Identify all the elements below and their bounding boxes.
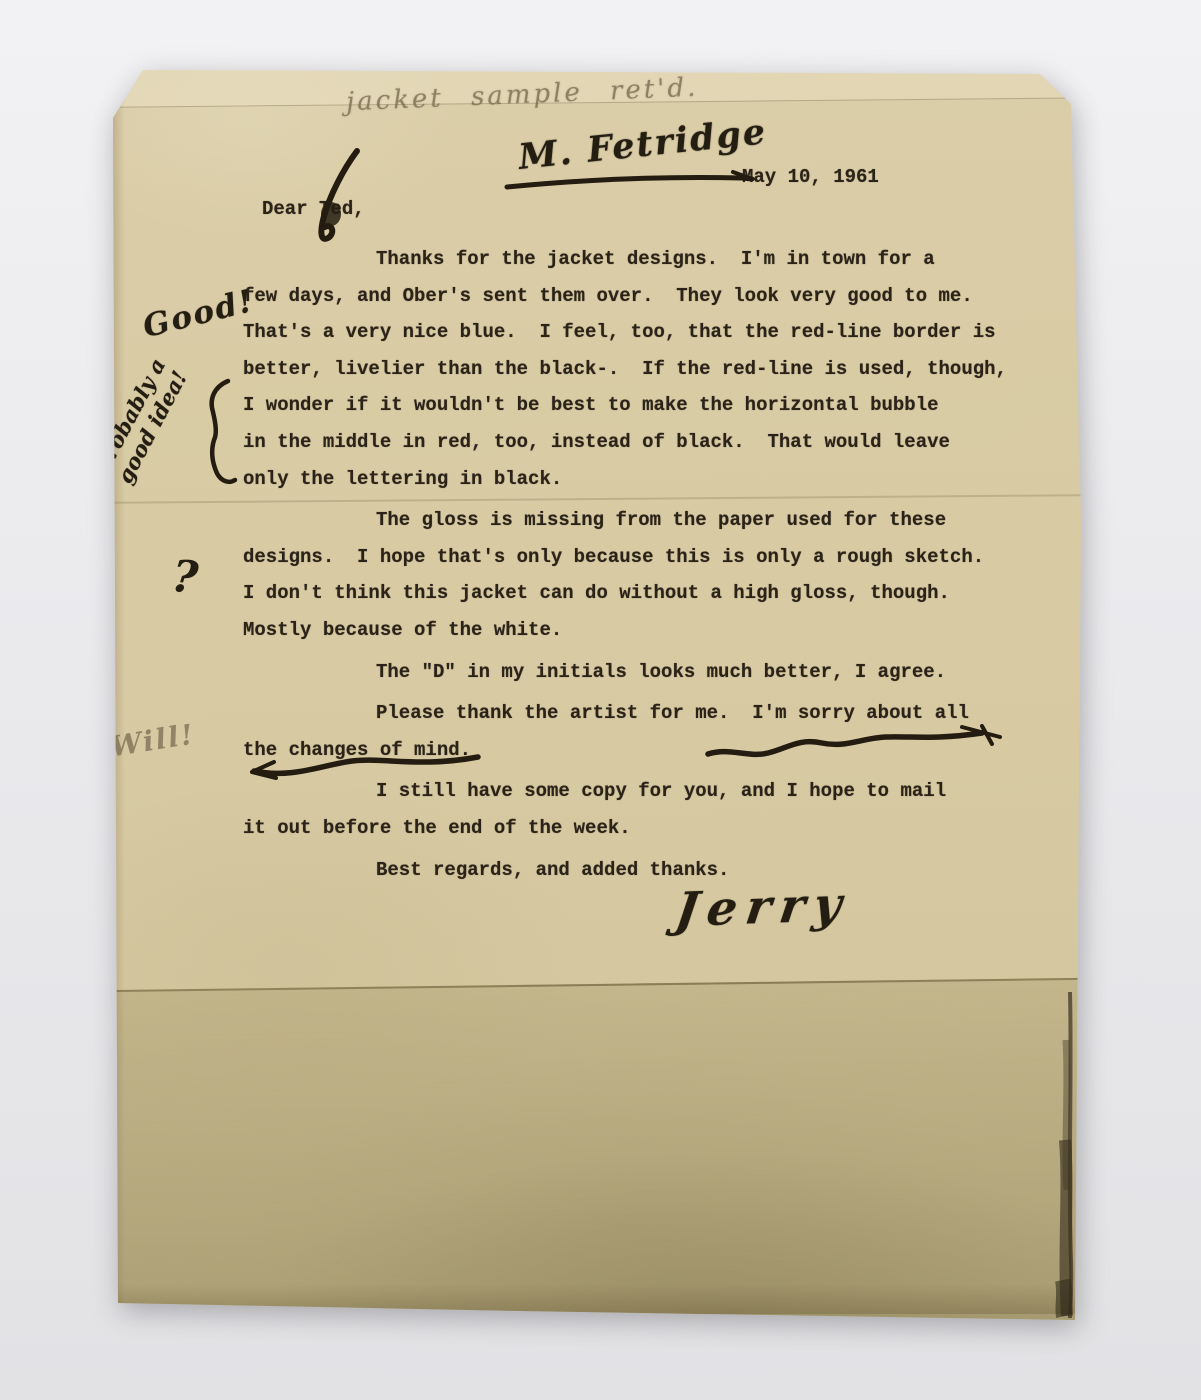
typed-line: That's a very nice blue. I feel, too, th… xyxy=(243,314,1063,351)
typed-line: the changes of mind. xyxy=(243,732,1063,769)
jerry-signature: Jerry xyxy=(672,877,854,938)
typed-line: better, livelier than the black-. If the… xyxy=(243,351,1063,388)
typed-line: Best regards, and added thanks. xyxy=(243,852,1063,889)
typed-line: Thanks for the jacket designs. I'm in to… xyxy=(243,241,1063,278)
typed-line: I don't think this jacket can do without… xyxy=(243,575,1063,612)
letter-body: Thanks for the jacket designs. I'm in to… xyxy=(243,241,1063,888)
brace-stroke xyxy=(212,381,235,482)
typed-line: few days, and Ober's sent them over. The… xyxy=(243,278,1063,315)
letter-paper: jacket sample ret'd. M. Fetridge May 10,… xyxy=(0,0,1201,1400)
typed-line: Please thank the artist for me. I'm sorr… xyxy=(243,695,1063,732)
letter-date: May 10, 1961 xyxy=(742,166,879,188)
underline-stroke xyxy=(507,177,752,187)
typed-line: The "D" in my initials looks much better… xyxy=(243,654,1063,691)
typed-line: it out before the end of the week. xyxy=(243,810,1063,847)
paper-left-edge-shading xyxy=(113,70,125,1305)
typed-line: I still have some copy for you, and I ho… xyxy=(243,773,1063,810)
margin-note-question-mark: ? xyxy=(169,551,200,604)
checkmark-stroke xyxy=(321,151,357,239)
typed-line: designs. I hope that's only because this… xyxy=(243,539,1063,576)
margin-note-probably: Probably a good idea! xyxy=(82,340,200,503)
paper-bottom-edge-shading xyxy=(118,1284,1076,1314)
typed-line: in the middle in red, too, instead of bl… xyxy=(243,424,1063,461)
typed-line: only the lettering in black. xyxy=(243,461,1063,498)
typed-line: The gloss is missing from the paper used… xyxy=(243,502,1063,539)
typed-line: Mostly because of the white. xyxy=(243,612,1063,649)
photo-backdrop: jacket sample ret'd. M. Fetridge May 10,… xyxy=(0,0,1201,1400)
typed-line: I wonder if it wouldn't be best to make … xyxy=(243,387,1063,424)
salutation: Dear Ted, xyxy=(262,198,365,220)
receipt-signature: M. Fetridge xyxy=(517,111,769,178)
margin-note-good: Good! xyxy=(139,283,257,345)
